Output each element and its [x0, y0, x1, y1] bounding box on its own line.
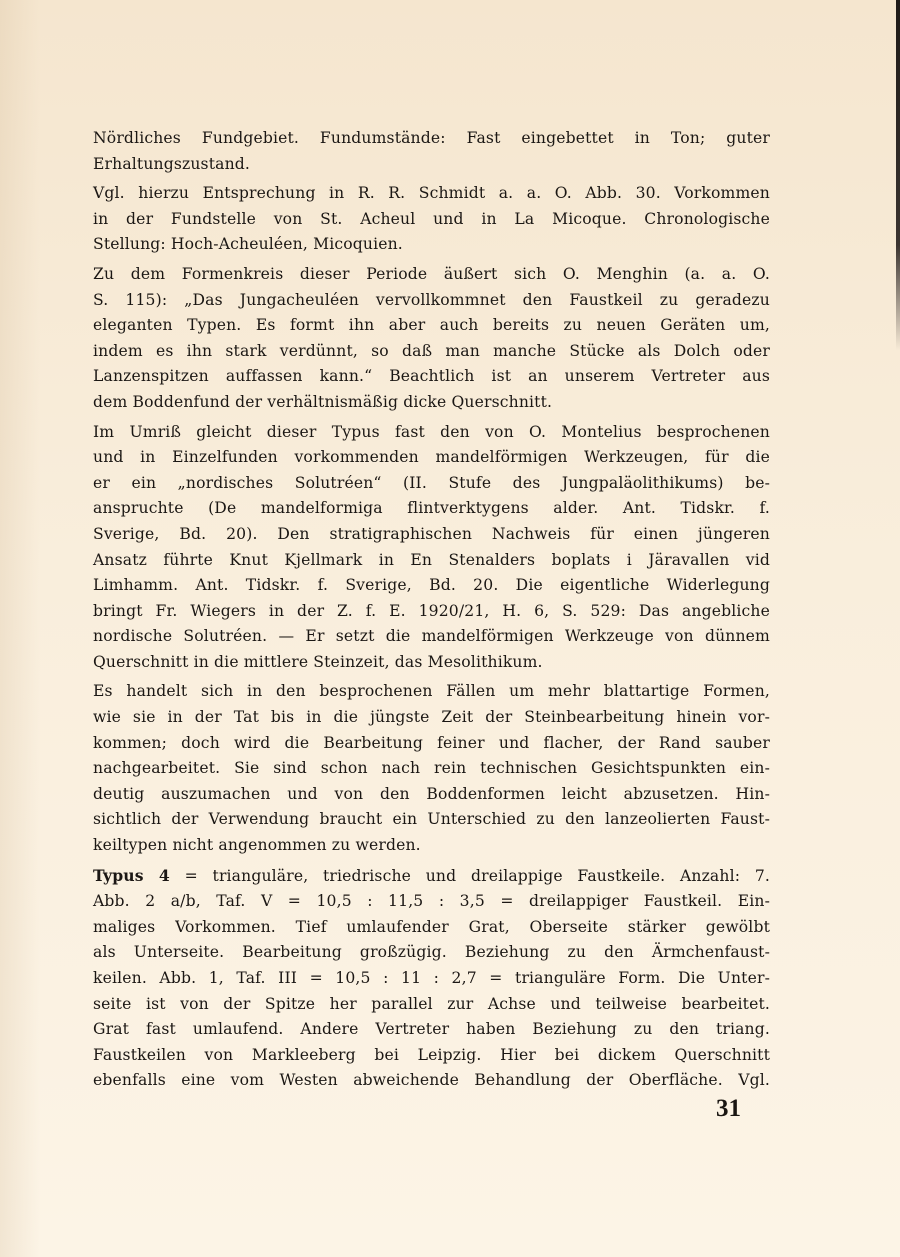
text-line: Sverige, Bd. 20). Den stratigraphischen …	[93, 522, 770, 548]
scan-edge-shadow	[896, 0, 900, 350]
text-line: deutig auszumachen und von den Boddenfor…	[93, 782, 770, 808]
text-line: Stellung: Hoch-Acheuléen, Micoquien.	[93, 232, 770, 258]
text-line: S. 115): „Das Jungacheuléen vervollkommn…	[93, 288, 770, 314]
text-line: kommen; doch wird die Bearbeitung feiner…	[93, 731, 770, 757]
paragraph-entsprechung: Vgl. hierzu Entsprechung in R. R. Schmid…	[93, 181, 770, 258]
text-line: Typus 4 = trianguläre, triedrische und d…	[93, 863, 770, 890]
text-line: Erhaltungszustand.	[93, 152, 770, 178]
text-line: Limhamm. Ant. Tidskr. f. Sverige, Bd. 20…	[93, 573, 770, 599]
paragraph-blattartige-formen: Es handelt sich in den besprochenen Fäll…	[93, 679, 770, 858]
text-line: wie sie in der Tat bis in die jüngste Ze…	[93, 705, 770, 731]
text-line: indem es ihn stark verdünnt, so daß man …	[93, 339, 770, 365]
text-line: bringt Fr. Wiegers in der Z. f. E. 1920/…	[93, 599, 770, 625]
text-line: Abb. 2 a/b, Taf. V = 10,5 : 11,5 : 3,5 =…	[93, 889, 770, 915]
text-line: anspruchte (De mandelformiga flintverkty…	[93, 496, 770, 522]
text-line: Zu dem Formenkreis dieser Periode äußert…	[93, 262, 770, 288]
body-text: Nördliches Fundgebiet. Fundumstände: Fas…	[93, 126, 770, 1098]
text-line: Faustkeilen von Markleeberg bei Leipzig.…	[93, 1043, 770, 1069]
text-line: nachgearbeitet. Sie sind schon nach rein…	[93, 756, 770, 782]
text-line: eleganten Typen. Es formt ihn aber auch …	[93, 313, 770, 339]
text-line: maliges Vorkommen. Tief umlaufender Grat…	[93, 915, 770, 941]
text-line: Ansatz führte Knut Kjellmark in En Stena…	[93, 548, 770, 574]
paragraph-fundgebiet: Nördliches Fundgebiet. Fundumstände: Fas…	[93, 126, 770, 177]
text-run: = trianguläre, triedrische und dreilappi…	[170, 867, 770, 885]
book-page: Nördliches Fundgebiet. Fundumstände: Fas…	[0, 0, 900, 1257]
text-line: Grat fast umlaufend. Andere Vertreter ha…	[93, 1017, 770, 1043]
text-line: ebenfalls eine vom Westen abweichende Be…	[93, 1068, 770, 1094]
paragraph-montelius: Im Umriß gleicht dieser Typus fast den v…	[93, 420, 770, 676]
text-line: sichtlich der Verwendung braucht ein Unt…	[93, 807, 770, 833]
text-line: als Unterseite. Bearbeitung großzügig. B…	[93, 940, 770, 966]
text-line: er ein „nordisches Solutréen“ (II. Stufe…	[93, 471, 770, 497]
text-line: Im Umriß gleicht dieser Typus fast den v…	[93, 420, 770, 446]
text-line: Nördliches Fundgebiet. Fundumstände: Fas…	[93, 126, 770, 152]
text-line: in der Fundstelle von St. Acheul und in …	[93, 207, 770, 233]
text-line: Es handelt sich in den besprochenen Fäll…	[93, 679, 770, 705]
text-line: keilen. Abb. 1, Taf. III = 10,5 : 11 : 2…	[93, 966, 770, 992]
paragraph-typus-4: Typus 4 = trianguläre, triedrische und d…	[93, 863, 770, 1094]
text-line: Lanzenspitzen auffassen kann.“ Beachtlic…	[93, 364, 770, 390]
text-line: Vgl. hierzu Entsprechung in R. R. Schmid…	[93, 181, 770, 207]
text-line: keiltypen nicht angenommen zu werden.	[93, 833, 770, 859]
text-line: dem Boddenfund der verhältnismäßig dicke…	[93, 390, 770, 416]
text-line: Querschnitt in die mittlere Steinzeit, d…	[93, 650, 770, 676]
text-line: nordische Solutréen. — Er setzt die mand…	[93, 624, 770, 650]
typus-heading: Typus 4	[93, 866, 170, 885]
paragraph-menghin-quote: Zu dem Formenkreis dieser Periode äußert…	[93, 262, 770, 416]
text-line: seite ist von der Spitze her parallel zu…	[93, 992, 770, 1018]
page-number: 31	[716, 1095, 741, 1123]
text-line: und in Einzelfunden vorkommenden mandelf…	[93, 445, 770, 471]
